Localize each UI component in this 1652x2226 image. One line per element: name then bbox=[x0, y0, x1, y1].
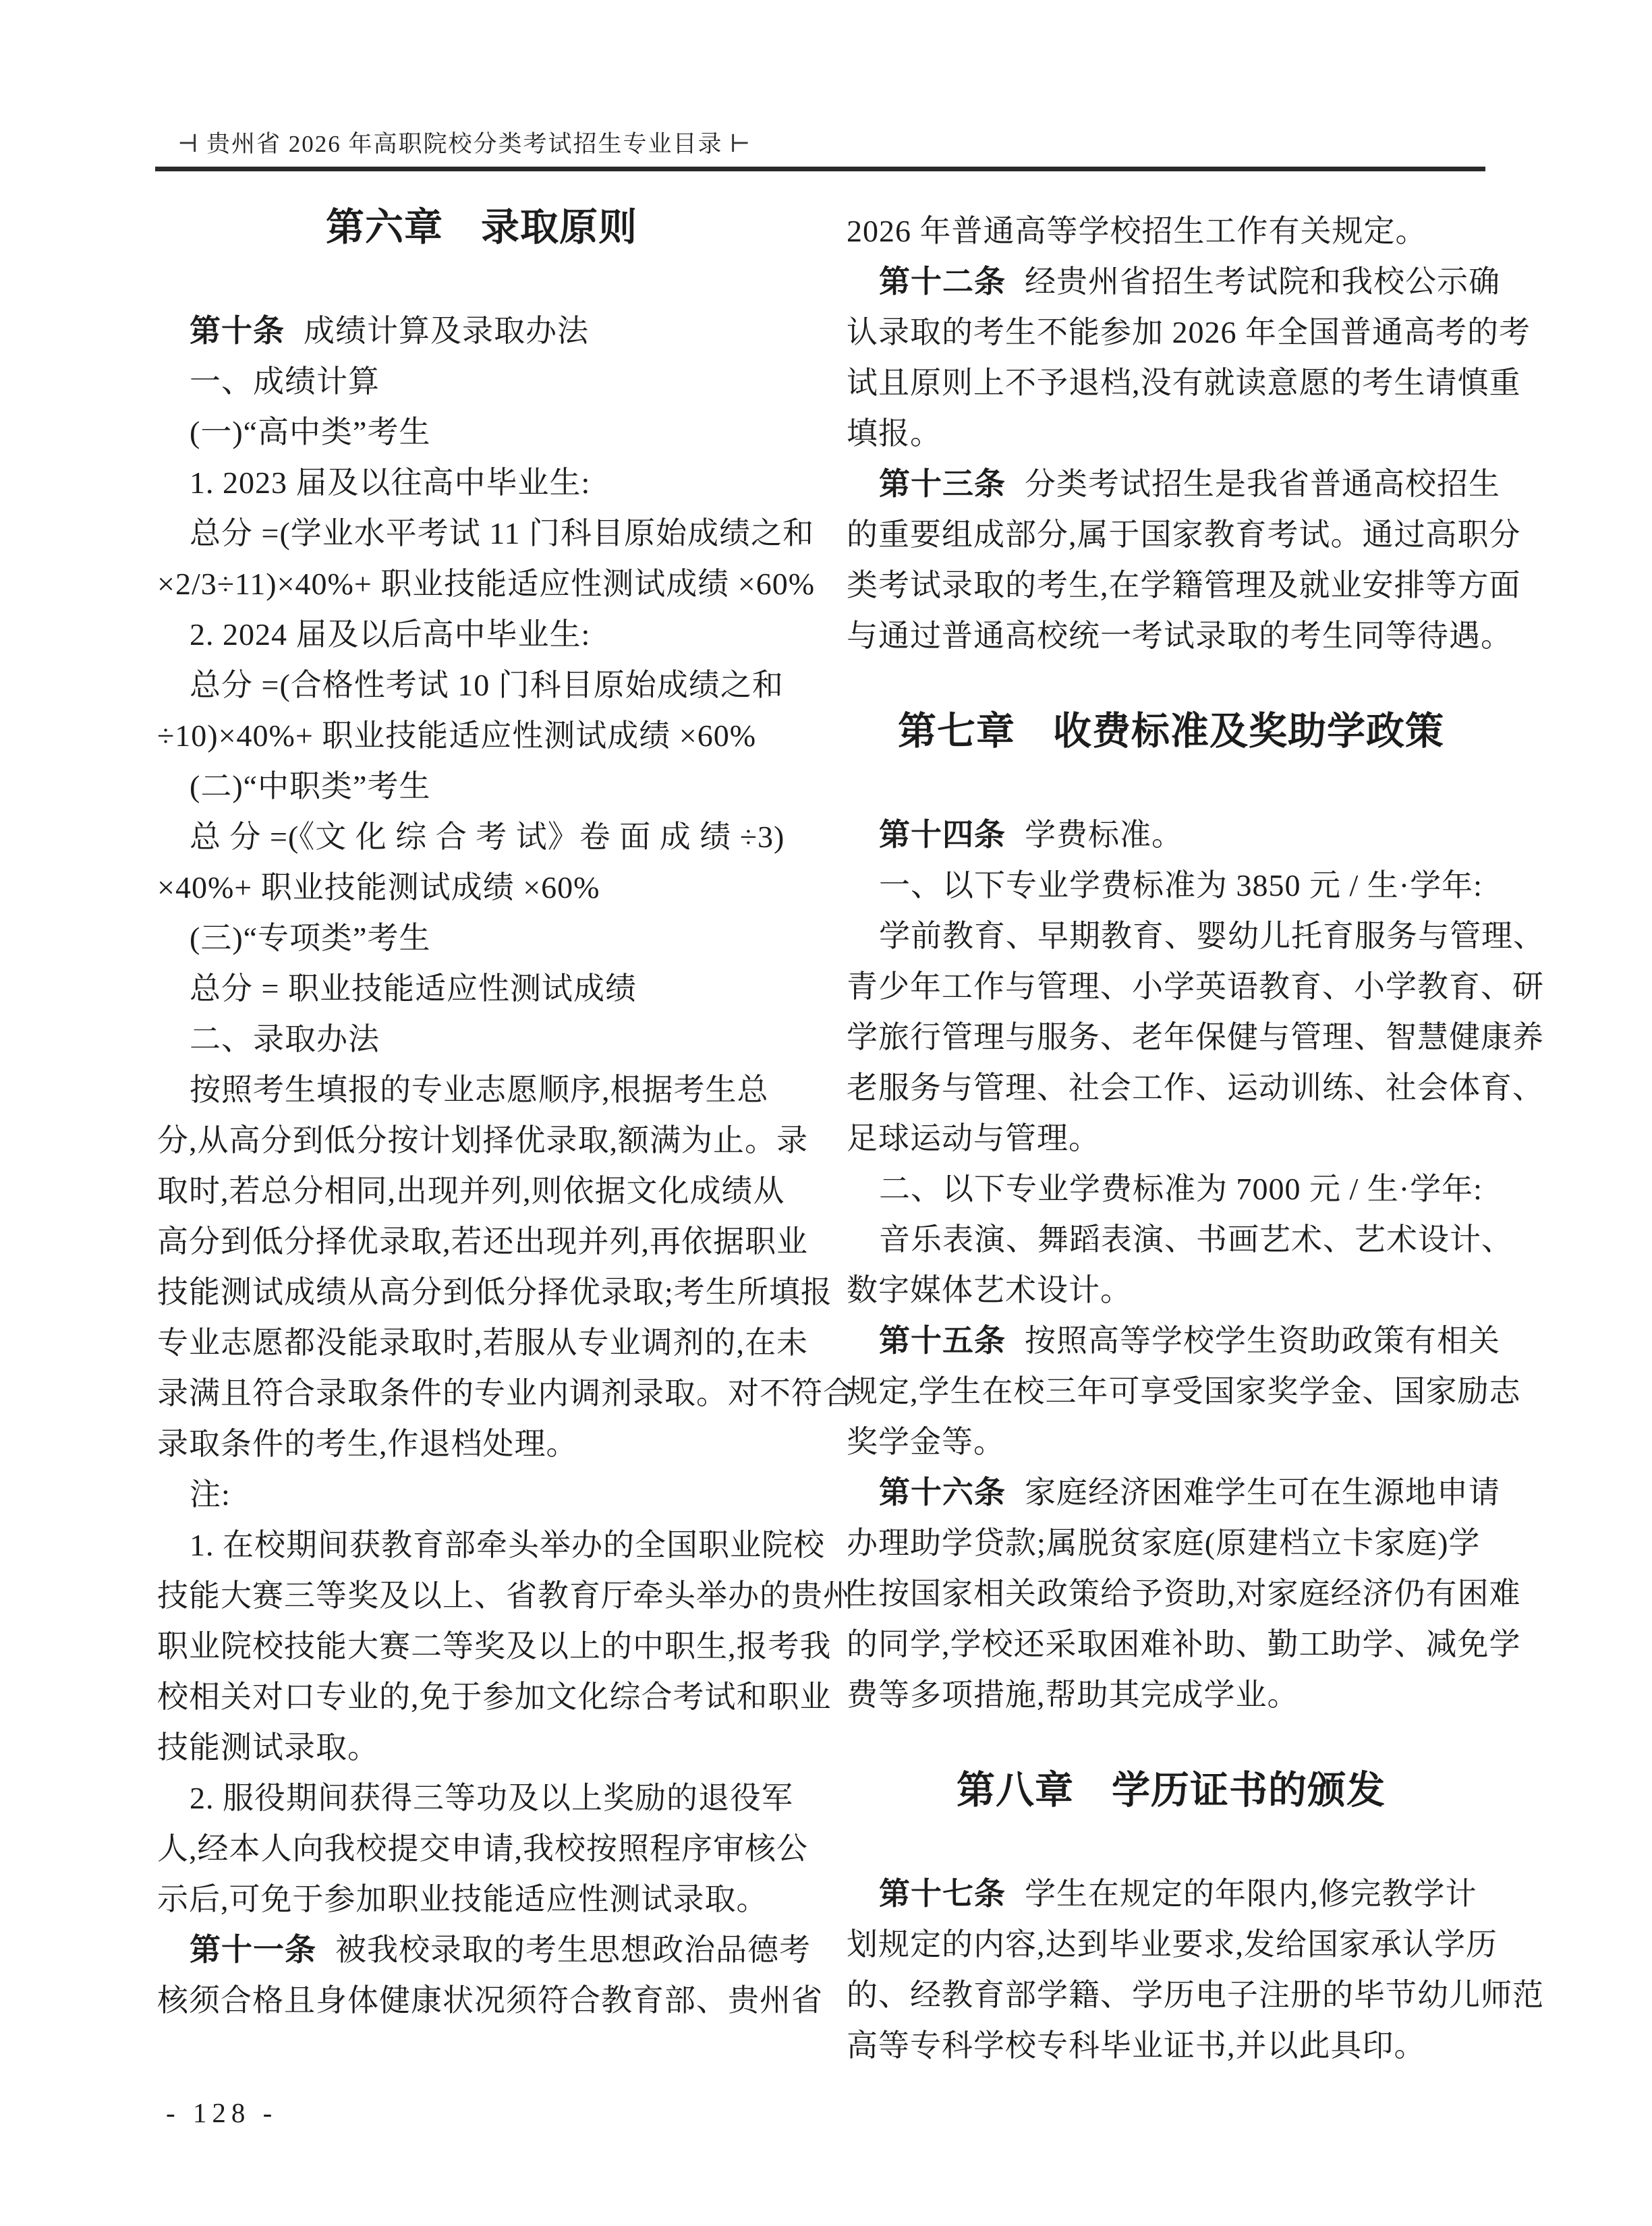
text-line: 总分 =(学业水平考试 11 门科目原始成绩之和 bbox=[157, 508, 806, 559]
text-line: 第十条成绩计算及录取办法 bbox=[157, 306, 806, 356]
text-line: 认录取的考生不能参加 2026 年全国普通高考的考 bbox=[847, 307, 1496, 358]
text-line: 按照考生填报的专业志愿顺序,根据考生总 bbox=[157, 1064, 806, 1115]
article-number: 第十一条 bbox=[190, 1932, 316, 1967]
text-line: 示后,可免于参加职业技能适应性测试录取。 bbox=[157, 1874, 806, 1924]
text-line: ×40%+ 职业技能测试成绩 ×60% bbox=[157, 862, 806, 913]
chapter-number: 第七章 bbox=[898, 710, 1015, 753]
text-line: 的同学,学校还采取困难补助、勤工助学、减免学 bbox=[847, 1619, 1496, 1669]
text-line: 技能测试录取。 bbox=[157, 1722, 806, 1773]
text-line: 专业志愿都没能录取时,若服从专业调剂的,在未 bbox=[157, 1317, 806, 1368]
text-line: 试且原则上不予退档,没有就读意愿的考生请慎重 bbox=[847, 358, 1496, 408]
article-number: 第十条 bbox=[190, 313, 285, 348]
article-number: 第十二条 bbox=[879, 264, 1006, 299]
text-line: 技能测试成绩从高分到低分择优录取;考生所填报 bbox=[157, 1267, 806, 1317]
text-line: 与通过普通高校统一考试录取的考生同等待遇。 bbox=[847, 610, 1496, 661]
text-line: (一)“高中类”考生 bbox=[157, 407, 806, 457]
text-line: 足球运动与管理。 bbox=[847, 1113, 1496, 1164]
text-line: 二、以下专业学费标准为 7000 元 / 生·学年: bbox=[847, 1164, 1496, 1214]
text-line: 总分 =(合格性考试 10 门科目原始成绩之和 bbox=[157, 660, 806, 710]
text-line: ÷10)×40%+ 职业技能适应性测试成绩 ×60% bbox=[157, 710, 806, 761]
text-line: 校相关对口专业的,免于参加文化综合考试和职业 bbox=[157, 1672, 806, 1722]
article-number: 第十五条 bbox=[879, 1323, 1006, 1358]
chapter-heading: 第六章录取原则 bbox=[157, 206, 806, 249]
text-line: 1. 在校期间获教育部牵头举办的全国职业院校 bbox=[157, 1520, 806, 1570]
text-line: 数字媒体艺术设计。 bbox=[847, 1265, 1496, 1315]
text-line: 老服务与管理、社会工作、运动训练、社会体育、 bbox=[847, 1062, 1496, 1113]
page-number: - 128 - bbox=[166, 2096, 277, 2129]
text-line: 生按国家相关政策给予资助,对家庭经济仍有困难 bbox=[847, 1568, 1496, 1619]
text-line: 的、经教育部学籍、学历电子注册的毕节幼儿师范 bbox=[847, 1970, 1496, 2020]
text-line: 二、录取办法 bbox=[157, 1014, 806, 1064]
article-number: 第十七条 bbox=[879, 1876, 1006, 1911]
text-line: 第十四条学费标准。 bbox=[847, 809, 1496, 860]
text-line: 类考试录取的考生,在学籍管理及就业安排等方面 bbox=[847, 560, 1496, 610]
article-number: 第十六条 bbox=[879, 1475, 1006, 1510]
text-line: 费等多项措施,帮助其完成学业。 bbox=[847, 1669, 1496, 1720]
text-line: 一、以下专业学费标准为 3850 元 / 生·学年: bbox=[847, 860, 1496, 911]
page-header: ⊣贵州省 2026 年高职院校分类考试招生专业目录⊢ bbox=[171, 127, 758, 161]
text-line: 高等专科学校专科毕业证书,并以此具印。 bbox=[847, 2020, 1496, 2071]
text-line: 划规定的内容,达到毕业要求,发给国家承认学历 bbox=[847, 1919, 1496, 1970]
chapter-heading: 第七章收费标准及奖助学政策 bbox=[847, 710, 1496, 753]
text-line: 第十三条分类考试招生是我省普通高校招生 bbox=[847, 459, 1496, 509]
text-line: 技能大赛三等奖及以上、省教育厅牵头举办的贵州 bbox=[157, 1570, 806, 1621]
text-line: 总分 = 职业技能适应性测试成绩 bbox=[157, 963, 806, 1014]
text-line: 一、成绩计算 bbox=[157, 356, 806, 407]
text-line: 的重要组成部分,属于国家教育考试。通过高职分 bbox=[847, 509, 1496, 560]
text-line: 第十一条被我校录取的考生思想政治品德考 bbox=[157, 1924, 806, 1975]
header-left-tick-icon: ⊣ bbox=[171, 130, 206, 157]
text-line: 青少年工作与管理、小学英语教育、小学教育、研 bbox=[847, 961, 1496, 1012]
text-line: 录满且符合录取条件的专业内调剂录取。对不符合 bbox=[157, 1368, 806, 1419]
article-number: 第十四条 bbox=[879, 817, 1006, 852]
text-line: 总 分 =(《文 化 综 合 考 试》卷 面 成 绩 ÷3) bbox=[157, 811, 806, 862]
text-line: 学前教育、早期教育、婴幼儿托育服务与管理、 bbox=[847, 911, 1496, 961]
text-line: 规定,学生在校三年可享受国家奖学金、国家励志 bbox=[847, 1366, 1496, 1417]
text-line: 第十六条家庭经济困难学生可在生源地申请 bbox=[847, 1467, 1496, 1518]
text-line: ×2/3÷11)×40%+ 职业技能适应性测试成绩 ×60% bbox=[157, 559, 806, 609]
text-line: 第十二条经贵州省招生考试院和我校公示确 bbox=[847, 256, 1496, 307]
chapter-number: 第八章 bbox=[957, 1769, 1074, 1812]
text-line: 奖学金等。 bbox=[847, 1417, 1496, 1467]
text-line: 2. 服役期间获得三等功及以上奖励的退役军 bbox=[157, 1773, 806, 1823]
text-line: 2026 年普通高等学校招生工作有关规定。 bbox=[847, 206, 1496, 256]
header-rule bbox=[155, 167, 1485, 171]
text-line: 注: bbox=[157, 1469, 806, 1520]
text-line: 第十七条学生在规定的年限内,修完教学计 bbox=[847, 1868, 1496, 1919]
text-line: 办理助学贷款;属脱贫家庭(原建档立卡家庭)学 bbox=[847, 1518, 1496, 1568]
text-line: 录取条件的考生,作退档处理。 bbox=[157, 1419, 806, 1469]
text-line: 人,经本人向我校提交申请,我校按照程序审核公 bbox=[157, 1823, 806, 1874]
text-line: 取时,若总分相同,出现并列,则依据文化成绩从 bbox=[157, 1166, 806, 1216]
text-line: 第十五条按照高等学校学生资助政策有相关 bbox=[847, 1315, 1496, 1366]
document-page: ⊣贵州省 2026 年高职院校分类考试招生专业目录⊢ 第六章录取原则第十条成绩计… bbox=[0, 0, 1652, 2226]
text-line: 学旅行管理与服务、老年保健与管理、智慧健康养 bbox=[847, 1012, 1496, 1062]
text-line: 填报。 bbox=[847, 408, 1496, 459]
article-number: 第十三条 bbox=[879, 466, 1006, 501]
text-line: 分,从高分到低分按计划择优录取,额满为止。录 bbox=[157, 1115, 806, 1166]
text-line: (三)“专项类”考生 bbox=[157, 913, 806, 963]
text-line: 1. 2023 届及以往高中毕业生: bbox=[157, 457, 806, 508]
header-right-tick-icon: ⊢ bbox=[722, 130, 758, 157]
text-line: 高分到低分择优录取,若还出现并列,再依据职业 bbox=[157, 1216, 806, 1267]
header-title: 贵州省 2026 年高职院校分类考试招生专业目录 bbox=[206, 131, 723, 157]
left-column: 第六章录取原则第十条成绩计算及录取办法一、成绩计算(一)“高中类”考生1. 20… bbox=[157, 206, 806, 2026]
text-line: 核须合格且身体健康状况须符合教育部、贵州省 bbox=[157, 1975, 806, 2026]
text-line: 职业院校技能大赛二等奖及以上的中职生,报考我 bbox=[157, 1621, 806, 1672]
text-line: (二)“中职类”考生 bbox=[157, 761, 806, 811]
chapter-number: 第六章 bbox=[326, 206, 443, 249]
text-line: 音乐表演、舞蹈表演、书画艺术、艺术设计、 bbox=[847, 1214, 1496, 1265]
right-column: 2026 年普通高等学校招生工作有关规定。第十二条经贵州省招生考试院和我校公示确… bbox=[847, 206, 1496, 2071]
text-line: 2. 2024 届及以后高中毕业生: bbox=[157, 609, 806, 660]
chapter-heading: 第八章学历证书的颁发 bbox=[847, 1769, 1496, 1812]
